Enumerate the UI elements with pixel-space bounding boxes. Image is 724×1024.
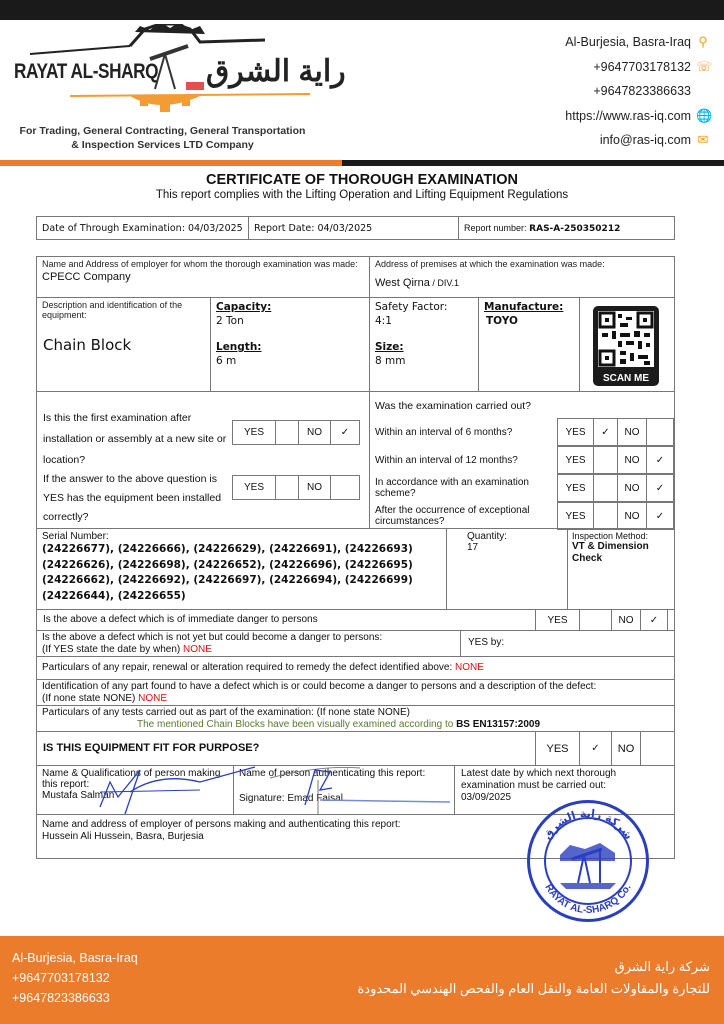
certificate-subtitle: This report complies with the Lifting Op… (0, 189, 724, 201)
fit-for-purpose-question: IS THIS EQUIPMENT FIT FOR PURPOSE? (43, 742, 259, 754)
company-stamp: شركة راية الشرق RAYAT AL-SHARQ Co. (527, 800, 649, 922)
manufacture-cell: Manufacture: TOYO (478, 297, 580, 392)
header-divider (0, 160, 724, 166)
future-danger-note: (If YES state the date by when) (42, 644, 180, 655)
serial-line: (24226626), (24226698), (24226652), (242… (42, 558, 441, 574)
yes-label: YES (557, 502, 594, 530)
no-box[interactable] (646, 418, 674, 446)
no-label: NO (617, 418, 647, 446)
no-label: NO (617, 502, 647, 530)
carried-out-answer: YESNO✓ (558, 446, 674, 474)
premises-label: Address of premises at which the examina… (370, 257, 674, 271)
serial-cell: Serial Number: (24226677), (24226666), (… (36, 528, 447, 610)
first-exam-answer: YES NO ✓ (233, 420, 360, 445)
fit-yes-box[interactable]: ✓ (579, 731, 612, 766)
divider-black (342, 160, 724, 166)
email-link[interactable]: info@ras-iq.com (600, 133, 691, 147)
yes-label: YES (232, 420, 276, 445)
immediate-yes-box[interactable] (579, 609, 612, 631)
repair-label: Particulars of any repair, renewal or al… (42, 662, 452, 673)
defect-part-label: Identification of any part found to have… (42, 681, 669, 693)
address-text: Al-Burjesia, Basra-Iraq (565, 35, 691, 49)
quantity-label: Quantity: (467, 531, 547, 542)
top-black-bar (0, 0, 724, 20)
carried-out-answer: YESNO✓ (558, 502, 674, 530)
size-label: Size: (375, 341, 473, 353)
future-danger-question: Is the above a defect which is not yet b… (42, 632, 455, 644)
tests-row: Particulars of any tests carried out as … (36, 705, 675, 732)
qr-code[interactable]: SCAN ME (593, 306, 659, 386)
tagline-line-2: & Inspection Services LTD Company (0, 138, 325, 152)
mail-icon: ✉ (696, 133, 710, 147)
no-label: NO (617, 474, 647, 502)
tagline-line-1: For Trading, General Contracting, Genera… (0, 124, 325, 138)
defect-part-row: Identification of any part found to have… (36, 679, 675, 706)
footer-phone1[interactable]: +9647703178132 (12, 968, 138, 988)
equipment-desc-cell: Description and identification of the eq… (36, 297, 211, 392)
installed-yes-box[interactable] (275, 475, 299, 500)
maker-label: Name & Qualifications of person making t… (42, 768, 228, 790)
equipment-desc-value: Chain Block (37, 322, 210, 354)
immediate-no-box[interactable]: ✓ (640, 609, 668, 631)
carried-out-question: Within an interval of 6 months? (375, 418, 555, 446)
serial-line: (24226677), (24226666), (24226629), (242… (42, 542, 441, 558)
defect-part-note: (If none state NONE) (42, 693, 135, 704)
defect-part-value: NONE (138, 693, 167, 704)
footer-bar: Al-Burjesia, Basra-Iraq +9647703178132 +… (0, 936, 724, 1024)
manufacture-label: Manufacture: (484, 301, 574, 313)
globe-icon: 🌐 (696, 109, 710, 123)
website-link[interactable]: https://www.ras-iq.com (565, 109, 691, 123)
contact-block: Al-Burjesia, Basra-Iraq⚲ +9647703178132☏… (565, 30, 710, 153)
tests-value: The mentioned Chain Blocks have been vis… (137, 719, 453, 730)
employer-value: CPECC Company (37, 271, 369, 283)
first-exam-question: Is this the first examination after inst… (43, 408, 233, 471)
authenticator-signature: Signature: Emad Faisal (239, 793, 449, 804)
authenticator-label: Name of person authenticating this repor… (239, 768, 449, 779)
exam-date-label: Date of Through Examination: (42, 223, 185, 234)
premises-value: West Qirna (375, 277, 430, 289)
maker-name: Mustafa Salman (42, 790, 228, 801)
no-box[interactable]: ✓ (646, 474, 674, 502)
size-value: 8 mm (375, 355, 473, 367)
capacity-label: Capacity: (216, 301, 364, 313)
yes-box[interactable] (593, 474, 618, 502)
qr-label: SCAN ME (593, 373, 659, 384)
report-header-table: Date of Through Examination: 04/03/2025 … (36, 216, 675, 240)
carried-out-answer: YESNO✓ (558, 474, 674, 502)
report-date-label: Report Date: (254, 223, 314, 234)
spacer (696, 84, 710, 98)
footer-arabic-line2: للتجارة والمقاولات العامة والنقل العام و… (358, 978, 711, 1000)
yes-label: YES (557, 474, 594, 502)
quantity-value: 17 (467, 542, 547, 553)
yes-box[interactable]: ✓ (593, 418, 618, 446)
repair-row: Particulars of any repair, renewal or al… (36, 656, 675, 680)
no-label: NO (611, 609, 641, 631)
carried-out-question: Within an interval of 12 months? (375, 446, 555, 474)
future-danger-cell: Is the above a defect which is not yet b… (36, 630, 461, 657)
length-label: Length: (216, 341, 364, 353)
fit-for-purpose-answer: YES ✓ NO (536, 731, 668, 766)
footer-arabic: شركة راية الشرق للتجارة والمقاولات العام… (358, 956, 711, 1000)
qr-pattern-icon (598, 311, 654, 367)
repair-value: NONE (455, 662, 484, 673)
employer-label: Name and Address of employer for whom th… (37, 257, 369, 271)
yes-label: YES (557, 446, 594, 474)
inspection-method-label: Inspection Method: (572, 531, 670, 541)
safety-factor-value: 4:1 (375, 315, 473, 327)
footer-address: Al-Burjesia, Basra-Iraq (12, 948, 138, 968)
serial-label: Serial Number: (42, 531, 441, 542)
yes-by-cell: YES by: (460, 630, 675, 657)
phone-icon: ☏ (696, 60, 710, 74)
carried-out-heading: Was the examination carried out? (375, 400, 531, 412)
capacity-length-cell: Capacity: 2 Ton Length: 6 m (210, 297, 370, 392)
fit-no-box[interactable] (640, 731, 668, 766)
safety-size-cell: Safety Factor: 4:1 Size: 8 mm (369, 297, 479, 392)
immediate-danger-answer: YES NO ✓ (536, 609, 668, 631)
footer-phone2[interactable]: +9647823386633 (12, 988, 138, 1008)
exam-date-cell: Date of Through Examination: 04/03/2025 (37, 217, 249, 240)
serial-line: (24226662), (24226692), (24226697), (242… (42, 573, 441, 589)
installed-no-box[interactable] (330, 475, 360, 500)
safety-factor-label: Safety Factor: (375, 301, 473, 313)
yes-box[interactable] (593, 502, 618, 530)
authenticator-cell: Name of person authenticating this repor… (233, 765, 455, 815)
maker-cell: Name & Qualifications of person making t… (36, 765, 234, 815)
premises-suffix: / DIV.1 (430, 278, 459, 288)
footer-contact: Al-Burjesia, Basra-Iraq +9647703178132 +… (12, 948, 138, 1008)
carried-out-question: In accordance with an examination scheme… (375, 474, 555, 502)
premises-cell: Address of premises at which the examina… (369, 256, 675, 298)
phone1-text[interactable]: +9647703178132 (593, 60, 691, 74)
certificate-title: CERTIFICATE OF THOROUGH EXAMINATION (0, 172, 724, 188)
report-number-value: RAS-A-250350212 (529, 224, 620, 234)
tests-standard: BS EN13157:2009 (456, 719, 540, 730)
serial-list: (24226677), (24226666), (24226629), (242… (42, 542, 441, 604)
capacity-value: 2 Ton (216, 315, 364, 327)
no-box[interactable]: ✓ (646, 502, 674, 530)
report-number-cell: Report number: RAS-A-250350212 (459, 217, 675, 240)
first-exam-yes-box[interactable] (275, 420, 299, 445)
serial-line: (24226644), (24226655) (42, 589, 441, 605)
next-exam-label: Latest date by which next thorough exami… (461, 768, 668, 792)
footer-arabic-line1: شركة راية الشرق (358, 956, 711, 978)
report-date-cell: Report Date: 04/03/2025 (249, 217, 459, 240)
stamp-pumpjack-icon: شركة راية الشرق RAYAT AL-SHARQ Co. (530, 803, 646, 919)
no-label: NO (298, 420, 331, 445)
phone2-text[interactable]: +9647823386633 (593, 84, 691, 98)
company-logo: RAYAT AL-SHARQ راية الشرق (10, 24, 350, 114)
exam-date-value: 04/03/2025 (188, 223, 243, 234)
no-label: NO (298, 475, 331, 500)
yes-label: YES (535, 609, 580, 631)
report-number-label: Report number: (464, 223, 527, 233)
carried-out-answer: YES✓NO (558, 418, 674, 446)
yes-box[interactable] (593, 446, 618, 474)
tests-label: Particulars of any tests carried out as … (42, 707, 669, 719)
carried-out-question: After the occurrence of exceptional circ… (375, 502, 555, 530)
inspection-method-value: VT & Dimension Check (572, 541, 670, 565)
length-value: 6 m (216, 355, 364, 367)
yes-label: YES (535, 731, 580, 766)
manufacture-value: TOYO (484, 315, 574, 327)
inspection-method-cell: Inspection Method: VT & Dimension Check (567, 528, 675, 610)
installed-correctly-answer: YES NO (233, 475, 360, 500)
yes-label: YES (557, 418, 594, 446)
future-danger-value: NONE (183, 644, 212, 655)
no-label: NO (617, 446, 647, 474)
yes-by-label: YES by: (468, 637, 504, 648)
no-label: NO (611, 731, 641, 766)
first-exam-no-box[interactable]: ✓ (330, 420, 360, 445)
no-box[interactable]: ✓ (646, 446, 674, 474)
logo-text-ar: راية الشرق (206, 54, 346, 89)
equipment-desc-label: Description and identification of the eq… (37, 298, 210, 322)
svg-text:شركة راية الشرق: شركة راية الشرق (541, 807, 636, 842)
immediate-danger-question: Is the above a defect which is of immedi… (43, 614, 318, 625)
quantity-cell: Quantity: 17 (446, 528, 568, 610)
report-date-value: 04/03/2025 (317, 223, 372, 234)
installed-correctly-question: If the answer to the above question is Y… (43, 470, 233, 527)
yes-label: YES (232, 475, 276, 500)
company-tagline: For Trading, General Contracting, Genera… (0, 124, 325, 152)
divider-orange (0, 160, 342, 166)
logo-text-en: RAYAT AL-SHARQ (14, 60, 158, 84)
location-pin-icon: ⚲ (696, 35, 710, 49)
employer-cell: Name and Address of employer for whom th… (36, 256, 370, 298)
